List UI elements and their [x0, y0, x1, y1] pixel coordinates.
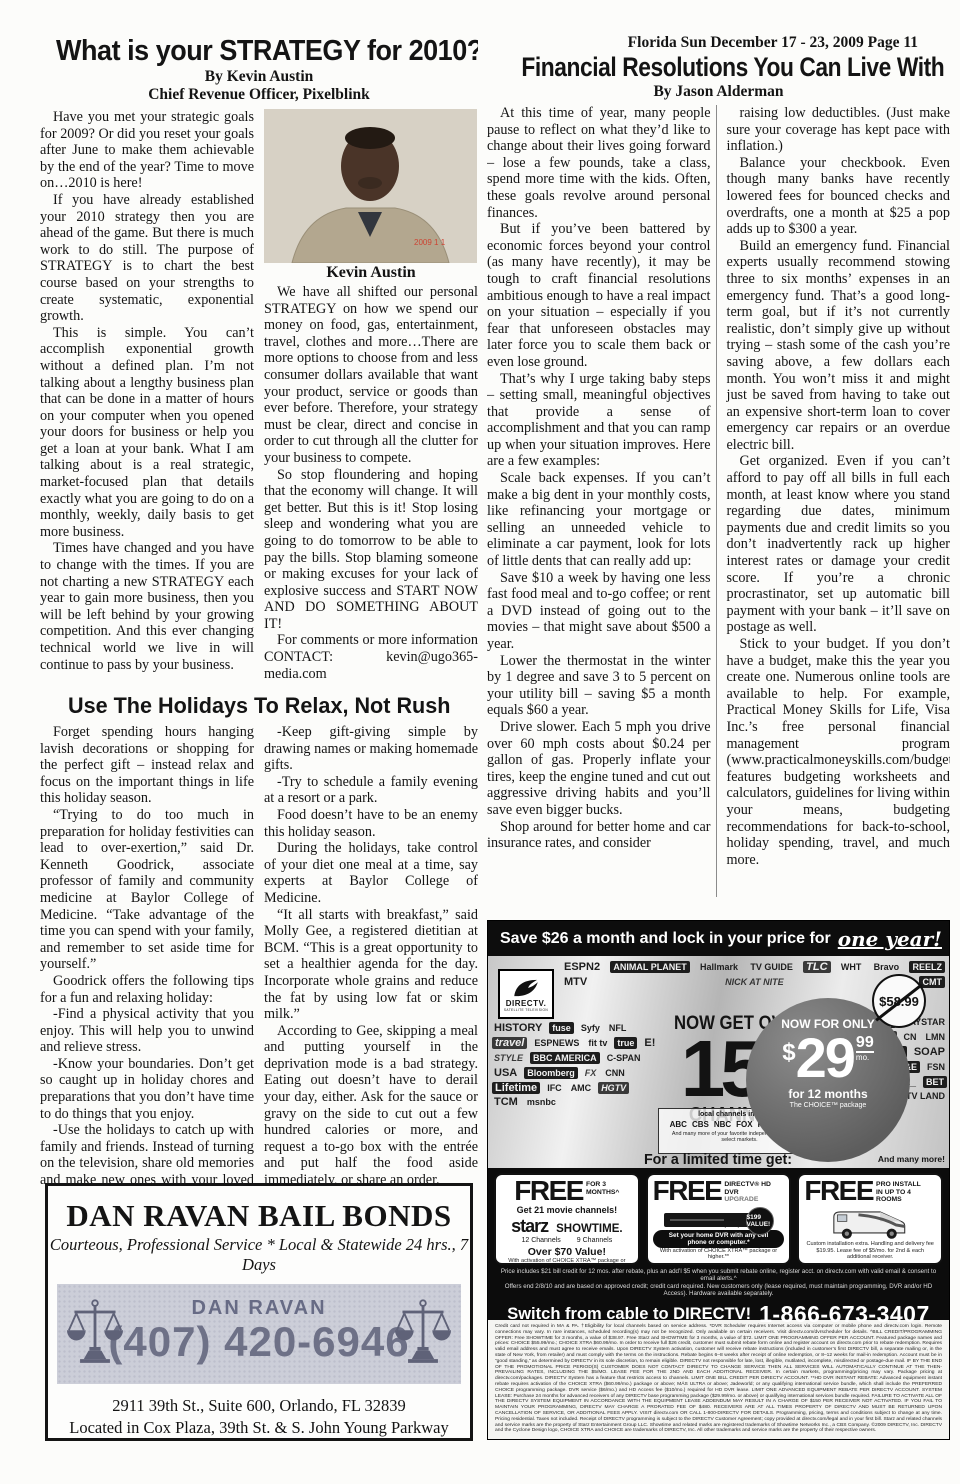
holidays-paragraph: According to Gee, skipping a meal and pu…: [264, 1023, 478, 1185]
strategy-paragraph: Times have changed and you have to chang…: [40, 540, 254, 673]
channel-logo: travel: [492, 1037, 527, 1049]
dvr-graphic: $199 VALUE!: [664, 1207, 774, 1221]
and-many-more-text: And many more!: [878, 1154, 945, 1164]
channel-counts: 12 Channels 9 Channels: [521, 1237, 612, 1244]
financial-paragraph: Stick to your budget. If you don’t have …: [727, 636, 951, 868]
holidays-columns: Forget spending hours hanging lavish dec…: [40, 724, 478, 1185]
strategy-byline-title: Chief Revenue Officer, Pixelblink: [40, 86, 478, 104]
newspaper-page: { "masthead": "Florida Sun December 17 -…: [0, 0, 960, 1484]
strategy-byline: By Kevin Austin: [40, 68, 478, 86]
holidays-headline: Use The Holidays To Relax, Not Rush: [40, 693, 478, 719]
channel-logo: BBC AMERICA: [530, 1052, 600, 1064]
scales-of-justice-icon: [395, 1296, 451, 1370]
strategy-column-1: Have you met your strategic goals for 20…: [40, 109, 254, 682]
article-strategy: What is your STRATEGY for 2010? By Kevin…: [40, 34, 478, 693]
strategy-paragraph: We have all shifted our personal STRATEG…: [264, 284, 478, 467]
offer-hd-dvr-upgrade: FREE DIRECTV® HD DVR UPGRADE $199 VALUE!…: [646, 1173, 792, 1265]
channel-logo: TCM: [492, 1097, 520, 1107]
free-header: FREE PRO INSTALL IN UP TO 4 ROOMS: [804, 1179, 936, 1204]
free-header: FREE FOR 3 MONTHS^: [514, 1179, 619, 1203]
free-label-line1: DIRECTV® HD DVR: [724, 1181, 784, 1196]
channel-logo: Syfy: [579, 1023, 602, 1033]
financial-columns: At this time of year, many people pause …: [487, 105, 950, 897]
channel-logo: NFL: [607, 1023, 629, 1033]
price-per-month: mo.: [856, 1053, 874, 1062]
channel-logo: LMN: [924, 1032, 948, 1042]
holidays-column-1: Forget spending hours hanging lavish dec…: [40, 724, 254, 1185]
free-label: DIRECTV® HD DVR UPGRADE: [724, 1179, 784, 1204]
financial-paragraph: Drive slower. Each 5 mph you drive over …: [487, 719, 711, 819]
financial-paragraph: Save $10 a week by having one less fast …: [487, 570, 711, 653]
old-price-crossed-out: $58.99: [872, 974, 926, 1028]
masthead: Florida Sun December 17 - 23, 2009 Page …: [487, 34, 950, 52]
network-logo: NBC: [714, 1120, 731, 1129]
holidays-paragraph: -Find a physical activity that you enjoy…: [40, 1006, 254, 1056]
financial-paragraph: That’s why I urge taking baby steps – se…: [487, 371, 711, 471]
bail-bonds-ad: DAN RAVAN BAIL BONDS Courteous, Professi…: [45, 1183, 473, 1441]
channel-logo: TV GUIDE: [748, 962, 795, 972]
free-word: FREE: [804, 1179, 873, 1203]
channel-logo: fit tv: [586, 1038, 609, 1048]
directv-channel-field: DIRECTV. SATELLITE TELEVISION ESPN2ANIMA…: [488, 956, 949, 1168]
directv-legal-text: Credit card not required in MA & PA. †El…: [488, 1320, 949, 1439]
movie-logos: starz SHOWTIME.: [511, 1216, 622, 1237]
kevin-austin-photo: 2009 1 1: [264, 109, 477, 263]
free-word: FREE: [514, 1179, 583, 1203]
switch-label: Switch from cable to DIRECTV!: [507, 1305, 751, 1324]
channel-logo: TLC: [803, 961, 830, 973]
channel-logo: ESPNEWS: [532, 1038, 581, 1048]
bail-bonds-band: DAN RAVAN (407) 420-6946: [57, 1284, 461, 1384]
channel-logo: AMC: [569, 1083, 594, 1093]
financial-paragraph: But if you’ve been battered by economic …: [487, 221, 711, 370]
channel-logo: NICK AT NITE: [723, 977, 786, 987]
financial-paragraph: raising low deductibles. (Just make sure…: [727, 105, 951, 155]
bail-bonds-tagline: Courteous, Professional Service * Local …: [48, 1235, 470, 1275]
financial-byline: By Jason Alderman: [487, 83, 950, 101]
channel-logo: TV LAND: [904, 1091, 947, 1101]
right-page-region: Florida Sun December 17 - 23, 2009 Page …: [487, 34, 950, 897]
left-page-region: What is your STRATEGY for 2010? By Kevin…: [40, 34, 478, 1185]
strategy-paragraph: This is simple. You can’t accomplish exp…: [40, 325, 254, 541]
strategy-headline-text: What is your STRATEGY for 2010?: [56, 34, 478, 68]
channel-logo: HISTORY: [492, 1023, 544, 1033]
channel-logo: HGTV: [598, 1082, 629, 1094]
strategy-columns: Have you met your strategic goals for 20…: [40, 109, 478, 682]
financial-column-1: At this time of year, many people pause …: [487, 105, 717, 897]
fine-print-line1: Price includes $21 bill credit for 12 mo…: [494, 1268, 943, 1283]
directv-cyclone-icon: [511, 977, 541, 999]
offer-activation-note: With activation of CHOICE XTRA™ package …: [653, 1248, 785, 1260]
directv-brand-subtext: SATELLITE TELEVISION: [504, 1008, 548, 1012]
price-currency: $: [782, 1039, 795, 1067]
free-label: FOR 3 MONTHS^: [586, 1179, 619, 1196]
install-van-icon: [820, 1204, 920, 1242]
offer-free-movie-channels: FREE FOR 3 MONTHS^ Get 21 movie channels…: [494, 1173, 640, 1265]
channel-logo: true: [614, 1037, 637, 1049]
channel-logo: REELZ: [909, 961, 945, 973]
holidays-paragraph: -Keep gift-giving simple by drawing name…: [264, 724, 478, 774]
showtime-channel-count: 9 Channels: [577, 1237, 612, 1244]
price-package: The CHOICE™ package: [746, 1102, 910, 1109]
install-note: Custom installation extra. Handling and …: [804, 1241, 936, 1260]
starz-channel-count: 12 Channels: [521, 1237, 560, 1244]
offer-activation-note: With activation of CHOICE XTRA™ package …: [501, 1258, 633, 1265]
strategy-paragraph: Have you met your strategic goals for 20…: [40, 109, 254, 192]
directv-logo: DIRECTV. SATELLITE TELEVISION: [498, 969, 554, 1019]
channel-logo: Lifetime: [492, 1082, 540, 1094]
channel-logo: Hallmark: [698, 962, 740, 972]
financial-headline: Financial Resolutions You Can Live With: [487, 52, 950, 83]
portrait-photo-graphic: 2009 1 1: [264, 109, 477, 263]
strategy-paragraph: For comments or more information CONTACT…: [264, 632, 478, 682]
channel-logo: FSN: [925, 1062, 947, 1072]
price-dollars: 29: [796, 1033, 854, 1083]
free-label-line1: PRO INSTALL: [876, 1181, 936, 1189]
channel-logo: CNN: [603, 1068, 627, 1078]
movie-channels-text: Get 21 movie channels!: [517, 1205, 618, 1215]
holidays-headline-text: Use The Holidays To Relax, Not Rush: [68, 693, 450, 719]
channel-logo: SOAP: [912, 1047, 947, 1057]
banner-script-text: one year!: [838, 927, 942, 951]
channel-logo: MTV: [562, 977, 589, 987]
directv-brand-text: DIRECTV.: [506, 999, 547, 1008]
scales-of-justice-icon: [67, 1296, 123, 1370]
channel-logo: ESPN2: [562, 962, 602, 972]
price-duration: for 12 months: [746, 1087, 910, 1101]
channel-logo: fuse: [549, 1022, 574, 1034]
free-label: PRO INSTALL IN UP TO 4 ROOMS: [876, 1179, 936, 1204]
channel-logo: FX: [583, 1068, 599, 1078]
offer-fine-print: Price includes $21 bill credit for 12 mo…: [494, 1268, 943, 1298]
financial-paragraph: Balance your checkbook. Even though many…: [727, 155, 951, 238]
financial-paragraph: At this time of year, many people pause …: [487, 105, 711, 221]
holidays-paragraph: -Know your boundaries. Don’t get so caug…: [40, 1056, 254, 1122]
directv-ad: Save $26 a month and lock in your price …: [487, 920, 950, 1440]
channel-logo: E!: [642, 1038, 657, 1048]
channel-logo: ANIMAL PLANET: [610, 961, 689, 973]
directv-banner: Save $26 a month and lock in your price …: [488, 921, 949, 956]
financial-headline-text: Financial Resolutions You Can Live With: [521, 52, 944, 83]
offer-pro-install: FREE PRO INSTALL IN UP TO 4 ROOMS Custom…: [797, 1173, 943, 1265]
financial-column-2: raising low deductibles. (Just make sure…: [727, 105, 951, 897]
free-header: FREE DIRECTV® HD DVR UPGRADE: [653, 1179, 785, 1204]
svg-text:2009 1 1: 2009 1 1: [414, 238, 446, 247]
financial-paragraph: Build an emergency fund. Financial exper…: [727, 238, 951, 454]
address-line1: 2911 39th St., Suite 600, Orlando, FL 32…: [48, 1395, 470, 1417]
price-cents-block: 99 mo.: [856, 1035, 874, 1062]
network-logo: FOX: [736, 1120, 752, 1129]
channel-logo: msnbc: [525, 1097, 558, 1107]
starz-logo: starz: [511, 1216, 548, 1237]
channel-logo: STYLE: [492, 1053, 525, 1063]
strategy-paragraph: So stop floundering and hoping that the …: [264, 467, 478, 633]
free-word: FREE: [653, 1179, 722, 1203]
holidays-paragraph: Food doesn’t have to be an enemy this ho…: [264, 807, 478, 840]
holidays-paragraph: -Use the holidays to catch up with famil…: [40, 1122, 254, 1185]
offers-row: FREE FOR 3 MONTHS^ Get 21 movie channels…: [494, 1173, 943, 1265]
strategy-paragraph: If you have already established your 201…: [40, 192, 254, 325]
bail-bonds-address: 2911 39th St., Suite 600, Orlando, FL 32…: [48, 1395, 470, 1439]
channel-logo: Bravo: [872, 962, 902, 972]
channel-logo: IFC: [545, 1083, 564, 1093]
showtime-logo: SHOWTIME.: [556, 1223, 622, 1235]
price-cents: 99: [856, 1035, 874, 1053]
address-line2: Located in Cox Plaza, 39th St. & S. John…: [48, 1417, 470, 1439]
holidays-paragraph: -Try to schedule a family evening at a r…: [264, 774, 478, 807]
holidays-paragraph: Goodrick offers the following tips for a…: [40, 973, 254, 1006]
financial-paragraph: Scale back expenses. If you can’t make a…: [487, 470, 711, 570]
channel-logo: USA: [492, 1068, 519, 1078]
dvr-box-icon: [664, 1213, 750, 1227]
channel-logo: Bloomberg: [524, 1067, 578, 1079]
channel-logo: WHT: [839, 962, 864, 972]
holidays-paragraph: During the holidays, take control of you…: [264, 840, 478, 906]
free-label-line2: MONTHS^: [586, 1189, 619, 1197]
price-row: $ 29 99 mo.: [746, 1033, 910, 1083]
financial-paragraph: Get organized. Even if you can’t afford …: [727, 453, 951, 636]
channel-logo: CMT: [919, 976, 945, 988]
strategy-column-2: 2009 1 1 Kevin Austin We have all shifte…: [264, 109, 478, 682]
channel-logo: C-SPAN: [605, 1053, 643, 1063]
strategy-column-2-text: We have all shifted our personal STRATEG…: [264, 284, 478, 682]
free-label-line2: UPGRADE: [724, 1196, 784, 1204]
bail-bonds-title: DAN RAVAN BAIL BONDS: [48, 1198, 470, 1233]
directv-offers-section: FREE FOR 3 MONTHS^ Get 21 movie channels…: [488, 1168, 949, 1320]
photo-caption: Kevin Austin: [264, 263, 478, 282]
limited-time-text: For a limited time get:: [604, 1152, 832, 1168]
strategy-headline: What is your STRATEGY for 2010?: [40, 34, 478, 68]
free-label-line2: IN UP TO 4 ROOMS: [876, 1189, 936, 1204]
article-holidays: Use The Holidays To Relax, Not Rush Forg…: [40, 693, 478, 1185]
free-label-line1: FOR 3: [586, 1181, 619, 1189]
channel-logo: BET: [923, 1076, 947, 1088]
financial-paragraph: Shop around for better home and car insu…: [487, 819, 711, 852]
banner-text: Save $26 a month and lock in your price …: [500, 930, 831, 948]
fine-print-line2: Offers end 2/8/10 and are based on appro…: [494, 1283, 943, 1298]
holidays-paragraph: “Trying to do too much in preparation fo…: [40, 807, 254, 973]
financial-paragraph: Lower the thermostat in the winter by 1 …: [487, 653, 711, 719]
network-logo: CBS: [692, 1120, 709, 1129]
holidays-paragraph: Forget spending hours hanging lavish dec…: [40, 724, 254, 807]
network-logo: ABC: [670, 1120, 687, 1129]
dvr-value-badge: $199 VALUE!: [746, 1207, 774, 1235]
channel-logos-left: HISTORYfuseSyfyNFLtravelESPNEWSfit tvtru…: [492, 1022, 660, 1164]
offer-value-text: Over $70 Value!: [528, 1246, 606, 1258]
holidays-paragraph: “It all starts with breakfast,” said Mol…: [264, 907, 478, 1023]
holidays-column-2: -Keep gift-giving simple by drawing name…: [264, 724, 478, 1185]
